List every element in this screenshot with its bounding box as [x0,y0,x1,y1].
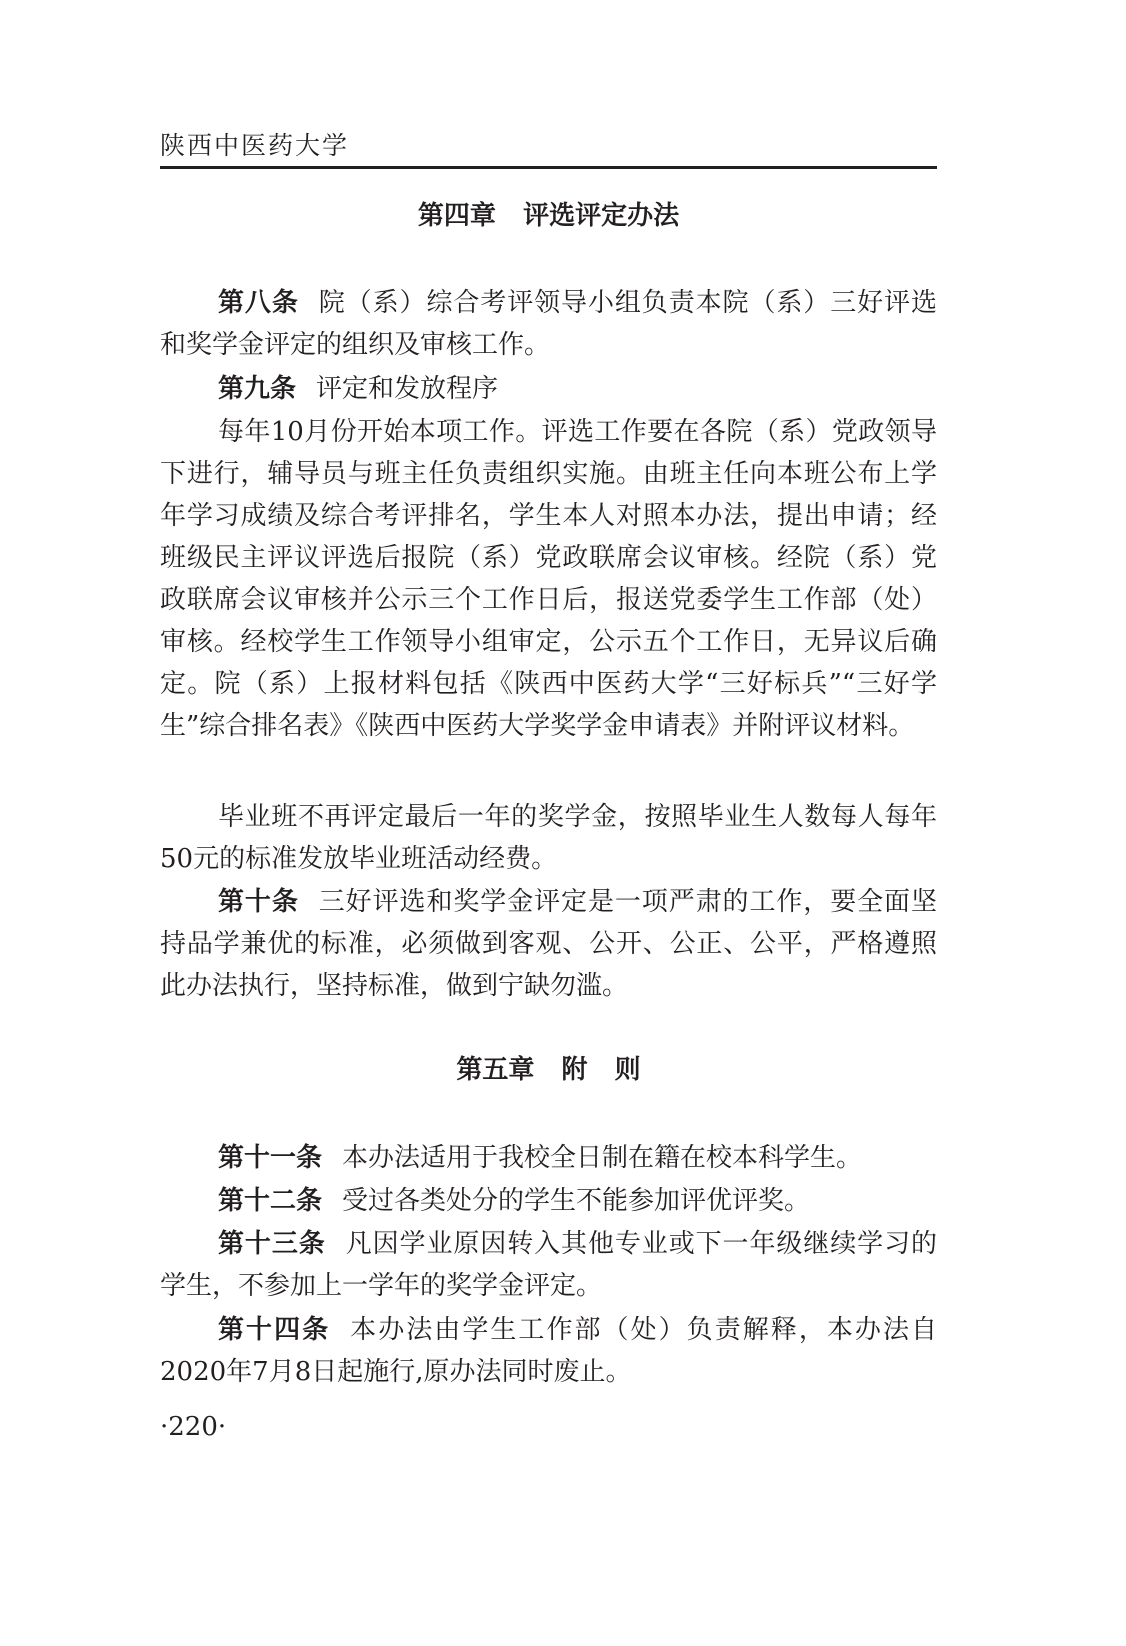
article-9-paragraph-1: 每年10月份开始本项工作。评选工作要在各院（系）党政领导下进行，辅导员与班主任负… [160,411,937,747]
article-12: 第十二条受过各类处分的学生不能参加评优评奖。 [160,1180,937,1222]
article-9-label: 第九条 [218,374,296,404]
chapter-4-title: 第四章 评选评定办法 [160,198,937,234]
article-10-label: 第十条 [218,887,299,917]
page-number: ·220· [160,1412,226,1442]
article-11: 第十一条本办法适用于我校全日制在籍在校本科学生。 [160,1137,937,1179]
article-8: 第八条院（系）综合考评领导小组负责本院（系）三好评选和奖学金评定的组织及审核工作… [160,282,937,366]
article-11-text: 本办法适用于我校全日制在籍在校本科学生。 [342,1143,862,1173]
article-10: 第十条三好评选和奖学金评定是一项严肃的工作，要全面坚持品学兼优的标准，必须做到客… [160,881,937,1007]
article-14-label: 第十四条 [218,1315,330,1345]
article-12-text: 受过各类处分的学生不能参加评优评奖。 [342,1186,810,1216]
article-14: 第十四条本办法由学生工作部（处）负责解释，本办法自2020年7月8日起施行,原办… [160,1309,937,1393]
article-12-label: 第十二条 [218,1186,322,1216]
article-9-paragraph-2: 毕业班不再评定最后一年的奖学金，按照毕业生人数每人每年50元的标准发放毕业班活动… [160,796,937,880]
running-header: 陕西中医药大学 [160,128,937,169]
chapter-5-title: 第五章 附 则 [160,1052,937,1088]
article-9: 第九条评定和发放程序 [160,368,937,410]
article-13: 第十三条凡因学业原因转入其他专业或下一年级继续学习的学生，不参加上一学年的奖学金… [160,1223,937,1307]
article-13-label: 第十三条 [218,1229,326,1259]
article-9-text: 评定和发放程序 [316,374,498,404]
article-11-label: 第十一条 [218,1143,322,1173]
article-8-label: 第八条 [218,288,299,318]
